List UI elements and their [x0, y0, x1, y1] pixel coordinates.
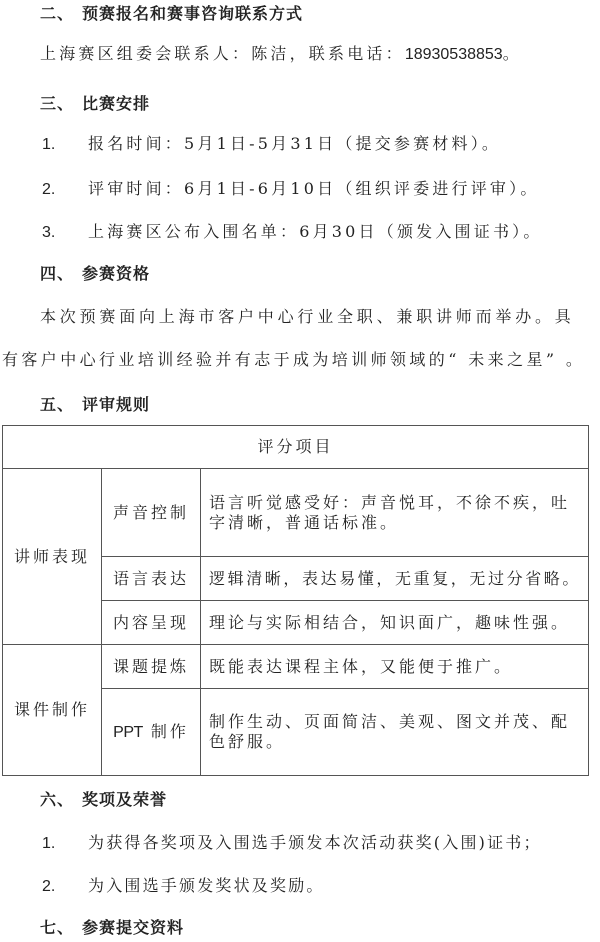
- item-number: 2.: [42, 877, 88, 897]
- award-item: 1.为获得各奖项及入围选手颁发本次活动获奖(入围)证书；: [42, 833, 542, 854]
- item-number: 3.: [42, 223, 88, 243]
- contact-paragraph: 上海赛区组委会联系人：陈洁，联系电话：18930538853。: [40, 44, 522, 65]
- section-number: 七、: [40, 918, 82, 938]
- item-note: （颁发入围证书）。: [378, 222, 543, 241]
- description-line: 语言听觉感受好：声音悦耳，不徐不疾，吐: [209, 493, 582, 513]
- contact-text: 上海赛区组委会联系人：陈洁，联系电话：: [40, 44, 405, 63]
- section-heading-awards: 六、奖项及荣誉: [40, 790, 167, 810]
- section-number: 二、: [40, 4, 82, 24]
- section-heading-contact: 二、预赛报名和赛事咨询联系方式: [40, 4, 303, 24]
- item-number: 1.: [42, 135, 88, 155]
- phone-number: 18930538853: [405, 46, 503, 63]
- section-title: 参赛资格: [82, 264, 150, 283]
- section-title: 评审规则: [82, 395, 150, 414]
- item-label: 评审时间：: [88, 179, 184, 198]
- section-title: 奖项及荣誉: [82, 790, 167, 809]
- description-cell: 制作生动、页面简洁、美观、图文并茂、配 色舒服。: [201, 689, 589, 776]
- criterion-cell: 内容呈现: [102, 601, 201, 645]
- category-cell: 讲师表现: [3, 469, 102, 645]
- description-cell: 语言听觉感受好：声音悦耳，不徐不疾，吐 字清晰，普通话标准。: [201, 469, 589, 557]
- description-cell: 既能表达课程主体，又能便于推广。: [201, 645, 589, 689]
- section-title: 预赛报名和赛事咨询联系方式: [82, 4, 303, 23]
- item-label: 上海赛区公布入围名单：: [88, 222, 299, 241]
- schedule-item: 3.上海赛区公布入围名单：6月30日（颁发入围证书）。: [42, 222, 543, 243]
- criterion-cell: 声音控制: [102, 469, 201, 557]
- description-line: 制作生动、页面简洁、美观、图文并茂、配: [209, 712, 582, 732]
- item-number: 1.: [42, 834, 88, 854]
- item-text: 为入围选手颁发奖状及奖励。: [88, 876, 325, 895]
- criterion-latin: PPT: [113, 724, 143, 741]
- criterion-cell: 语言表达: [102, 557, 201, 601]
- item-date: 5月1日-5月31日: [184, 134, 336, 153]
- item-note: （提交参赛材料）。: [336, 134, 501, 153]
- table-header: 评分项目: [3, 426, 589, 469]
- section-number: 三、: [40, 94, 82, 114]
- eligibility-line-2: 有客户中心行业培训经验并有志于成为培训师领域的“ 未来之星” 。: [2, 350, 585, 370]
- item-text: 为获得各奖项及入围选手颁发本次活动获奖(入围)证书；: [88, 833, 542, 852]
- section-number: 六、: [40, 790, 82, 810]
- section-heading-submission: 七、参赛提交资料: [40, 918, 184, 938]
- category-cell: 课件制作: [3, 645, 102, 776]
- schedule-item: 1.报名时间：5月1日-5月31日（提交参赛材料）。: [42, 134, 501, 155]
- description-line: 字清晰，普通话标准。: [209, 513, 582, 533]
- schedule-item: 2.评审时间：6月1日-6月10日（组织评委进行评审）。: [42, 179, 540, 200]
- description-line: 色舒服。: [209, 732, 582, 752]
- description-cell: 逻辑清晰，表达易懂，无重复，无过分省略。: [201, 557, 589, 601]
- section-heading-eligibility: 四、参赛资格: [40, 264, 150, 284]
- criterion-cell: PPT 制作: [102, 689, 201, 776]
- scoring-table: 评分项目 讲师表现 声音控制 语言听觉感受好：声音悦耳，不徐不疾，吐 字清晰，普…: [2, 425, 589, 776]
- criterion-cell: 课题提炼: [102, 645, 201, 689]
- section-title: 比赛安排: [82, 94, 150, 113]
- description-cell: 理论与实际相结合，知识面广，趣味性强。: [201, 601, 589, 645]
- section-heading-schedule: 三、比赛安排: [40, 94, 150, 114]
- section-number: 四、: [40, 264, 82, 284]
- item-label: 报名时间：: [88, 134, 184, 153]
- item-date: 6月30日: [299, 222, 378, 241]
- section-title: 参赛提交资料: [82, 918, 184, 937]
- contact-suffix: 。: [503, 44, 522, 63]
- award-item: 2.为入围选手颁发奖状及奖励。: [42, 876, 325, 897]
- item-note: （组织评委进行评审）。: [336, 179, 539, 198]
- item-date: 6月1日-6月10日: [184, 179, 336, 198]
- criterion-text: 制作: [143, 722, 189, 741]
- section-number: 五、: [40, 395, 82, 415]
- item-number: 2.: [42, 180, 88, 200]
- section-heading-rules: 五、评审规则: [40, 395, 150, 415]
- eligibility-line-1: 本次预赛面向上海市客户中心行业全职、兼职讲师而举办。具: [40, 307, 575, 327]
